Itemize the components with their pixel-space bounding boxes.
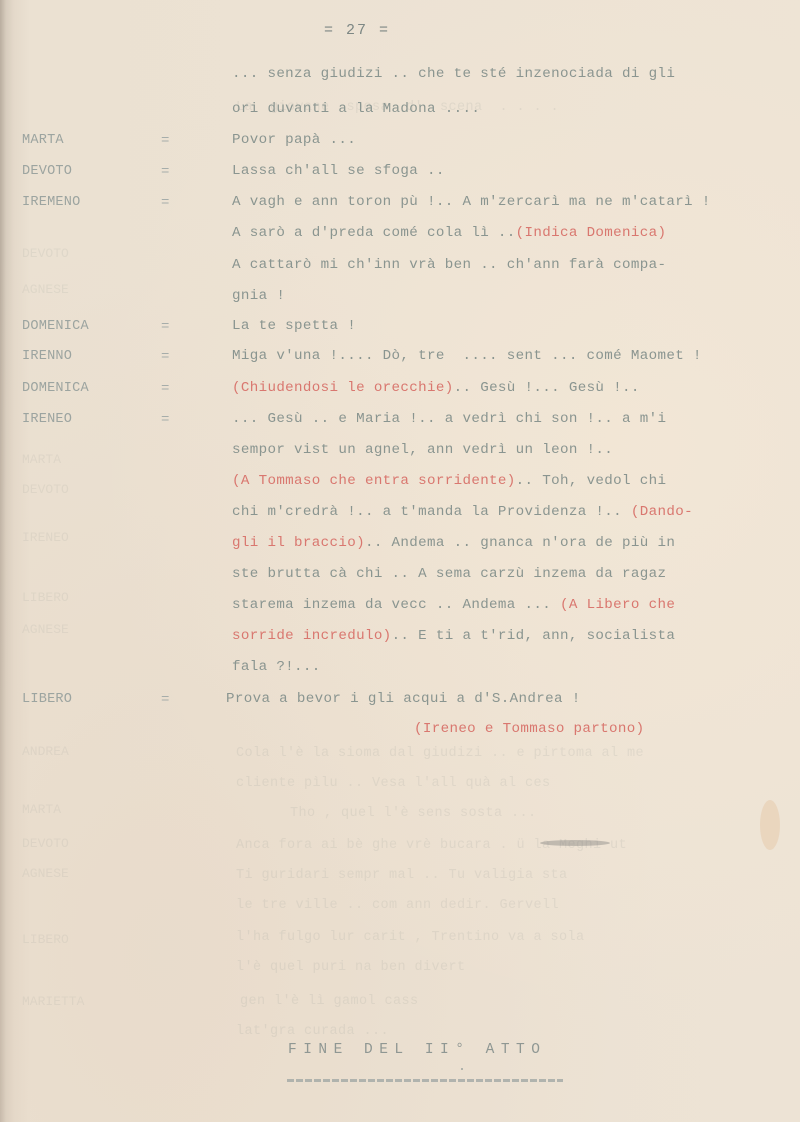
dialogue-line-with-direction: A sarò a d'preda comé cola lì ..(Indica … <box>232 225 666 241</box>
speaker-separator: = <box>161 692 169 708</box>
stage-direction: (A Libero che <box>560 597 675 613</box>
speaker-name: DOMENICA <box>22 319 89 334</box>
speaker-separator: = <box>161 412 169 428</box>
speaker-name: IRENEO <box>22 412 72 427</box>
dialogue-line-with-direction: starema inzema da vecc .. Andema ... (A … <box>232 597 675 613</box>
dialogue-line-with-direction: gli il braccio).. Andema .. gnanca n'ora… <box>232 535 675 551</box>
dialogue-line: A cattarò mi ch'inn vrà ben .. ch'ann fa… <box>232 257 666 273</box>
speaker-name: MARTA <box>22 133 64 148</box>
ink-mark <box>540 840 610 846</box>
speaker-name: IRENNO <box>22 349 72 364</box>
stage-direction: gli il braccio) <box>232 535 365 551</box>
speaker-separator: = <box>161 381 169 397</box>
dialogue-line: Prova a bevor i gli acqui a d'S.Andrea ! <box>226 691 581 707</box>
dialogue-line: La te spetta ! <box>232 318 356 334</box>
dialogue-text: chi m'credrà !.. a t'manda la Providenza… <box>232 504 622 520</box>
page-number: = 27 = <box>324 22 390 39</box>
dialogue-line: A vagh e ann toron pù !.. A m'zercarì ma… <box>232 194 711 210</box>
dialogue-line-with-direction: (Chiudendosi le orecchie).. Gesù !... Ge… <box>232 380 640 396</box>
dialogue-text: A sarò a d'preda comé cola lì .. <box>232 225 516 241</box>
dialogue-text: .. Gesù !... Gesù !.. <box>454 380 640 396</box>
speaker-separator: = <box>161 195 169 211</box>
speaker-name: LIBERO <box>22 692 72 707</box>
stage-direction: sorride incredulo) <box>232 628 392 644</box>
speaker-separator: = <box>161 349 169 365</box>
dialogue-line: ... Gesù .. e Maria !.. a vedrì chi son … <box>232 411 666 427</box>
dialogue-text: .. Toh, vedol chi <box>516 473 667 489</box>
stage-direction: (A Tommaso che entra sorridente) <box>232 473 516 489</box>
speaker-name: DEVOTO <box>22 164 72 179</box>
stage-direction: (Indica Domenica) <box>516 225 667 241</box>
speaker-name: IREMENO <box>22 195 81 210</box>
dialogue-line: Povor papà ... <box>232 132 356 148</box>
dialogue-line: Miga v'una !.... Dò, tre .... sent ... c… <box>232 348 702 364</box>
speaker-separator: = <box>161 164 169 180</box>
dialogue-line: ste brutta cà chi .. A sema carzù inzema… <box>232 566 666 582</box>
typewriter-dot <box>461 1068 463 1070</box>
dialogue-text: .. E ti a t'rid, ann, socialista <box>392 628 676 644</box>
intro-line: ori duvanti a la Madona .... <box>232 101 480 117</box>
intro-line: ... senza giudizi .. che te sté inzenoci… <box>232 66 675 82</box>
dialogue-line: gnia ! <box>232 288 285 304</box>
dialogue-line-with-direction: chi m'credrà !.. a t'manda la Providenza… <box>232 504 693 520</box>
typewritten-page: La giovane sposa d' scena . . . . DEVOTO… <box>0 0 800 1122</box>
end-title-underline <box>287 1079 563 1082</box>
dialogue-text: .. Andema .. gnanca n'ora de più in <box>365 535 675 551</box>
dialogue-line-with-direction: (A Tommaso che entra sorridente).. Toh, … <box>232 473 666 489</box>
speaker-name: DOMENICA <box>22 381 89 396</box>
exit-stage-direction: (Ireneo e Tommaso partono) <box>414 721 644 737</box>
end-of-act-title: FINE DEL II° ATTO <box>288 1042 546 1058</box>
dialogue-text: starema inzema da vecc .. Andema ... <box>232 597 551 613</box>
dialogue-line: Lassa ch'all se sfoga .. <box>232 163 445 179</box>
stage-direction: (Dando- <box>631 504 693 520</box>
dialogue-line: sempor vist un agnel, ann vedrì un leon … <box>232 442 613 458</box>
dialogue-line: fala ?!... <box>232 659 321 675</box>
dialogue-line-with-direction: sorride incredulo).. E ti a t'rid, ann, … <box>232 628 675 644</box>
speaker-separator: = <box>161 133 169 149</box>
stage-direction: (Chiudendosi le orecchie) <box>232 380 454 396</box>
speaker-separator: = <box>161 319 169 335</box>
paper-stain <box>760 800 780 850</box>
